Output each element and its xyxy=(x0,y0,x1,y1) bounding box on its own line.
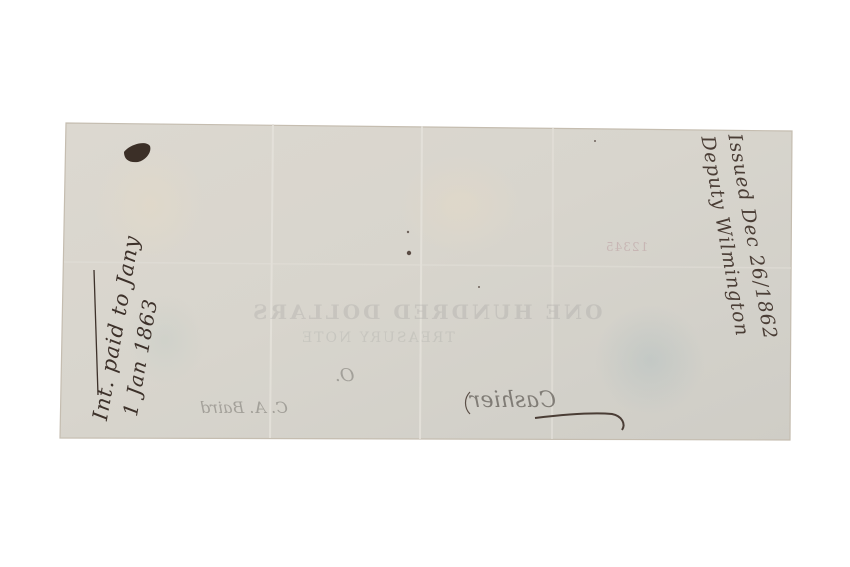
show-through-signature-mid: O. xyxy=(335,365,354,386)
show-through-signature-left: C. A. Baird xyxy=(200,398,288,417)
show-through-print-heading: ONE HUNDRED DOLLARS xyxy=(250,300,603,324)
show-through-signature-cashier: Cashier xyxy=(470,388,556,413)
show-through-print-subheading: TREASURY NOTE xyxy=(300,330,455,346)
show-through-serial-number: 12345 xyxy=(605,240,648,254)
photograph: ONE HUNDRED DOLLARS TREASURY NOTE 12345 … xyxy=(0,0,850,567)
banknote-reverse: ONE HUNDRED DOLLARS TREASURY NOTE 12345 … xyxy=(0,0,850,567)
